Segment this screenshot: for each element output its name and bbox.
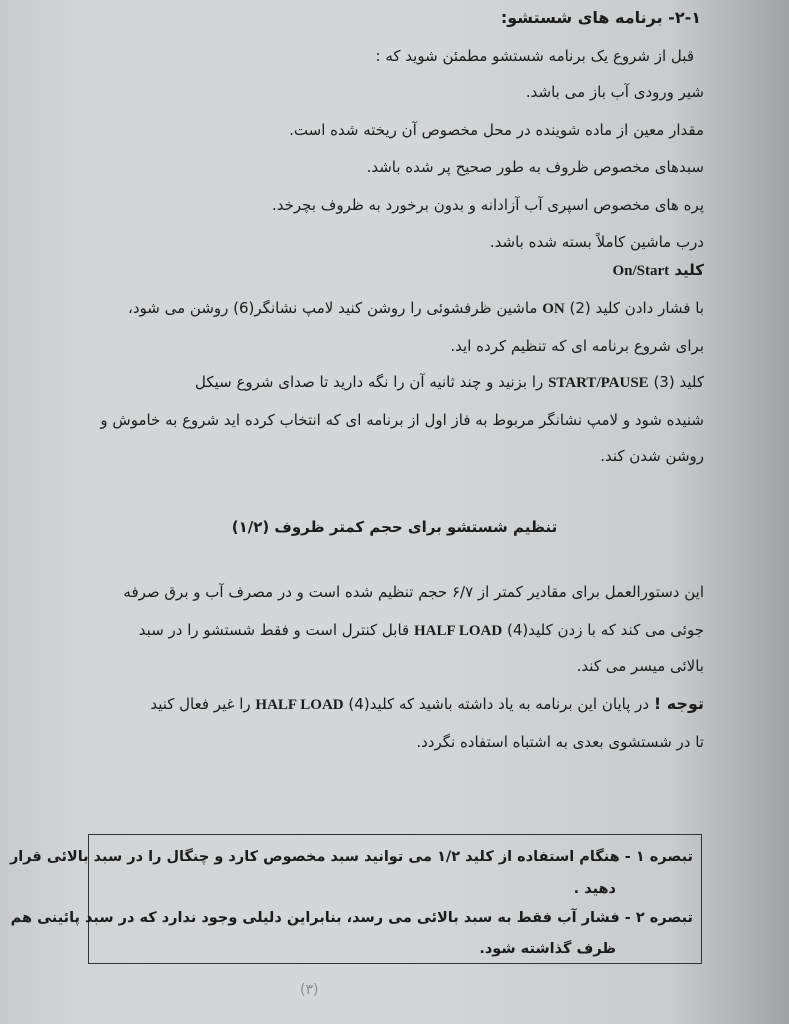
- text-span: جوئی می کند که با زدن کلید(4): [507, 621, 704, 639]
- key-start-pause: START/PAUSE: [548, 375, 649, 391]
- onstart-p2-line3: روشن شدن کند.: [600, 446, 704, 466]
- checklist-item-1: شیر ورودی آب باز می باشد.: [526, 82, 704, 102]
- text-span: در پایان این برنامه به یاد داشته باشید ک…: [348, 695, 649, 713]
- intro-text: قبل از شروع یک برنامه شستشو مطمئن شوید ک…: [376, 46, 694, 66]
- onstart-heading: کلید On/Start: [612, 260, 704, 281]
- note1-line2: دهید .: [574, 879, 616, 899]
- text-span: را غیر فعال کنید: [150, 695, 250, 713]
- section-heading: ۲-۱- برنامه های شستشو:: [501, 8, 701, 28]
- checklist-item-3: سبدهای مخصوص ظروف به طور صحیح پر شده باش…: [367, 157, 704, 177]
- attention-line1: توجه ! در پایان این برنامه به یاد داشته …: [150, 694, 704, 715]
- note2-line2: ظرف گذاشته شود.: [479, 939, 616, 959]
- text-span: قابل کنترل است و فقط شستشو را در سبد: [139, 621, 409, 639]
- halfload-line1: این دستورالعمل برای مقادیر کمتر از ۶/۷ ح…: [123, 582, 704, 602]
- checklist-item-2: مقدار معین از ماده شوینده در محل مخصوص آ…: [289, 120, 704, 140]
- note2-line1: تبصره ۲ - فشار آب فقط به سبد بالائی می ر…: [11, 908, 693, 928]
- onstart-p2-line1: کلید START/PAUSE (3) را بزنید و چند ثانی…: [195, 372, 704, 393]
- onstart-p1-line2: برای شروع برنامه ای که تنظیم کرده اید.: [450, 336, 704, 356]
- notes-box: تبصره ۱ - هنگام استفاده از کلید ۱/۲ می ت…: [88, 834, 702, 964]
- key-half-load: HALF LOAD: [414, 623, 502, 639]
- attention-label: توجه !: [654, 694, 704, 713]
- halfload-line2: جوئی می کند که با زدن کلید(4) HALF LOAD …: [139, 620, 704, 641]
- text-span: با فشار دادن کلید: [596, 299, 704, 317]
- onstart-p2-line2: شنیده شود و لامپ نشانگر مربوط به فاز اول…: [100, 410, 704, 430]
- document-page: ۲-۱- برنامه های شستشو: قبل از شروع یک بر…: [0, 0, 789, 1024]
- key-on: ON: [542, 301, 565, 317]
- page-number: (۳): [300, 982, 318, 998]
- onstart-p1-line1: با فشار دادن کلید ON (2) ماشین ظرفشوئی ر…: [128, 298, 704, 319]
- note1-line1: تبصره ۱ - هنگام استفاده از کلید ۱/۲ می ت…: [10, 847, 693, 867]
- attention-line2: تا در شستشوی بعدی به اشتباه استفاده نگرد…: [416, 732, 704, 752]
- text-span: کلید: [679, 373, 704, 391]
- onstart-label-fa: کلید: [674, 261, 704, 279]
- text-span: (2) ماشین ظرفشوئی را روشن کنید لامپ نشان…: [128, 299, 591, 317]
- onstart-label-en: On/Start: [612, 263, 669, 279]
- key-half-load: HALF LOAD: [255, 697, 343, 713]
- checklist-item-4: پره های مخصوص اسپری آب آزادانه و بدون بر…: [272, 195, 704, 215]
- halfload-line3: بالائی میسر می کند.: [577, 656, 704, 676]
- checklist-item-5: درب ماشین کاملاً بسته شده باشد.: [490, 232, 704, 252]
- halfload-title: تنظیم شستشو برای حجم کمتر ظروف (۱/۲): [0, 517, 789, 537]
